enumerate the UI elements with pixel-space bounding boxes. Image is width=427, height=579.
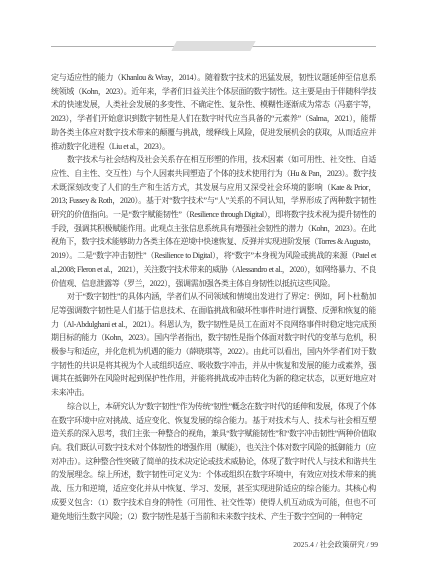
page-footer: 2025.4 / 社会政策研究 / 99 [293, 539, 378, 550]
paragraph-continuation: 定与适应性的能力（Khanlou & Wray，2014）。随着数字技术的迅猛发… [51, 71, 376, 153]
article-body: 定与适应性的能力（Khanlou & Wray，2014）。随着数字技术的迅猛发… [51, 71, 376, 523]
paragraph: 数字技术与社会结构及社会关系存在相互形塑的作用，技术因素（如可用性、社交性、自适… [51, 153, 376, 290]
paragraph: 对于“数字韧性”的具体内涵，学者们从不同领域和情境出发进行了界定：例如，阿卜杜勒… [51, 290, 376, 400]
paragraph: 综合以上，本研究认为“数字韧性”作为传统“韧性”概念在数字时代的延伸和发展，体现… [51, 400, 376, 523]
header-band-decoration [171, 41, 255, 51]
page-header-ornament [0, 0, 427, 60]
journal-page: 定与适应性的能力（Khanlou & Wray，2014）。随着数字技术的迅猛发… [0, 0, 427, 579]
